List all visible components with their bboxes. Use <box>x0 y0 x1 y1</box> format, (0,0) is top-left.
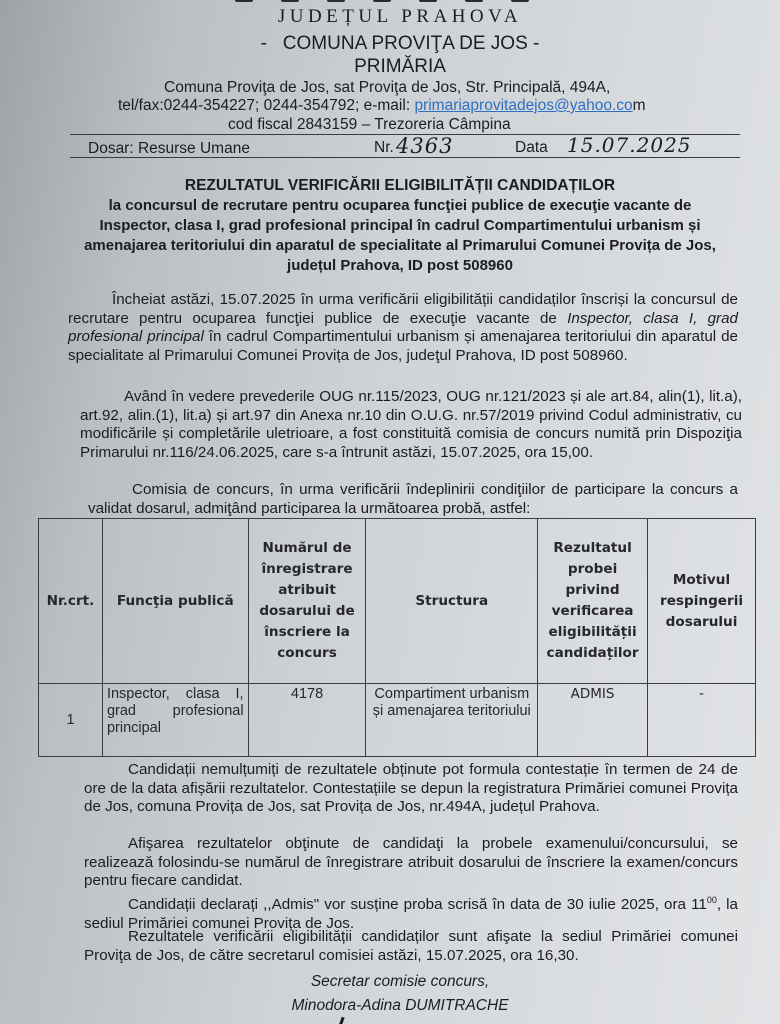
contact-line: tel/fax:0244-354227; 0244-354792; e-mail… <box>118 97 646 115</box>
email-link[interactable]: primariaprovitadejos@yahoo.co <box>414 97 632 114</box>
cell-numar: 4178 <box>248 684 366 757</box>
email-suffix: m <box>633 97 646 114</box>
paragraph-legal-basis: Având în vedere prevederile OUG nr.115/2… <box>80 388 742 462</box>
date-value-handwritten: 15.07.2025 <box>567 133 692 157</box>
commune-heading: - COMUNA PROVIŢA DE JOS - <box>150 33 650 55</box>
table-header-row: Nr.crt. Funcţia publică Numărul de înreg… <box>39 519 756 684</box>
fiscal-line: cod fiscal 2843159 – Trezoreria Câmpina <box>228 116 511 134</box>
signature-pen-mark <box>338 1017 344 1024</box>
results-table: Nr.crt. Funcţia publică Numărul de înreg… <box>38 518 756 757</box>
title-main: REZULTATUL VERIFICĂRII ELIGIBILITĂȚII CA… <box>80 176 720 196</box>
nr-label: Nr. <box>374 139 394 157</box>
cell-structura: Compartiment urbanism și amenajarea teri… <box>366 684 538 757</box>
cell-functia: Inspector, clasa I, grad profesional pri… <box>102 684 248 757</box>
cell-rezultat: ADMIS <box>538 684 648 757</box>
title-subtitle: la concursul de recrutare pentru ocupare… <box>80 196 720 276</box>
contact-prefix: tel/fax:0244-354227; 0244-354792; e-mail… <box>118 97 414 114</box>
address-line: Comuna Proviţa de Jos, sat Proviţa de Jo… <box>164 79 610 97</box>
paragraph-contestation: Candidații nemulțumiți de rezultatele ob… <box>84 761 738 817</box>
county-heading: JUDEȚUL PRAHOVA <box>150 6 650 28</box>
col-header-functia: Funcţia publică <box>102 519 248 684</box>
table-row: 1 Inspector, clasa I, grad profesional p… <box>39 684 756 757</box>
document-page: JUDEȚUL PRAHOVA - COMUNA PROVIŢA DE JOS … <box>0 0 780 1024</box>
col-header-numar: Numărul de înregistrare atribuit dosarul… <box>248 519 366 684</box>
paragraph-posting: Rezultatele verificării eligibilității c… <box>84 928 738 965</box>
col-header-motiv: Motivul respingerii dosarului <box>648 519 756 684</box>
cell-motiv: - <box>648 684 756 757</box>
col-header-rezultat: Rezultatul probei privind verificarea el… <box>538 519 648 684</box>
paragraph-commission: Comisia de concurs, în urma verificării … <box>88 481 738 518</box>
paragraph-display-results: Afişarea rezultatelor obţinute de candid… <box>84 835 738 891</box>
cell-nr: 1 <box>39 684 103 757</box>
signature-name: Minodora-Adina DUMITRACHE <box>0 997 780 1015</box>
crest-cut-off-text <box>235 0 565 4</box>
signature-role: Secretar comisie concurs, <box>0 973 780 991</box>
nr-value-handwritten: 4363 <box>396 134 453 158</box>
col-header-structura: Structura <box>366 519 538 684</box>
dosar-label: Dosar: Resurse Umane <box>88 140 250 158</box>
paragraph-written-exam: Candidații declarați ,,Admis" vor susțin… <box>84 891 738 933</box>
header-rule-bottom <box>70 157 740 158</box>
paragraph-intro: Încheiat astăzi, 15.07.2025 în urma veri… <box>68 291 738 365</box>
col-header-nr: Nr.crt. <box>39 519 103 684</box>
institution-heading: PRIMĂRIA <box>150 56 650 78</box>
document-title: REZULTATUL VERIFICĂRII ELIGIBILITĂȚII CA… <box>80 176 720 276</box>
date-label: Data <box>515 139 548 157</box>
